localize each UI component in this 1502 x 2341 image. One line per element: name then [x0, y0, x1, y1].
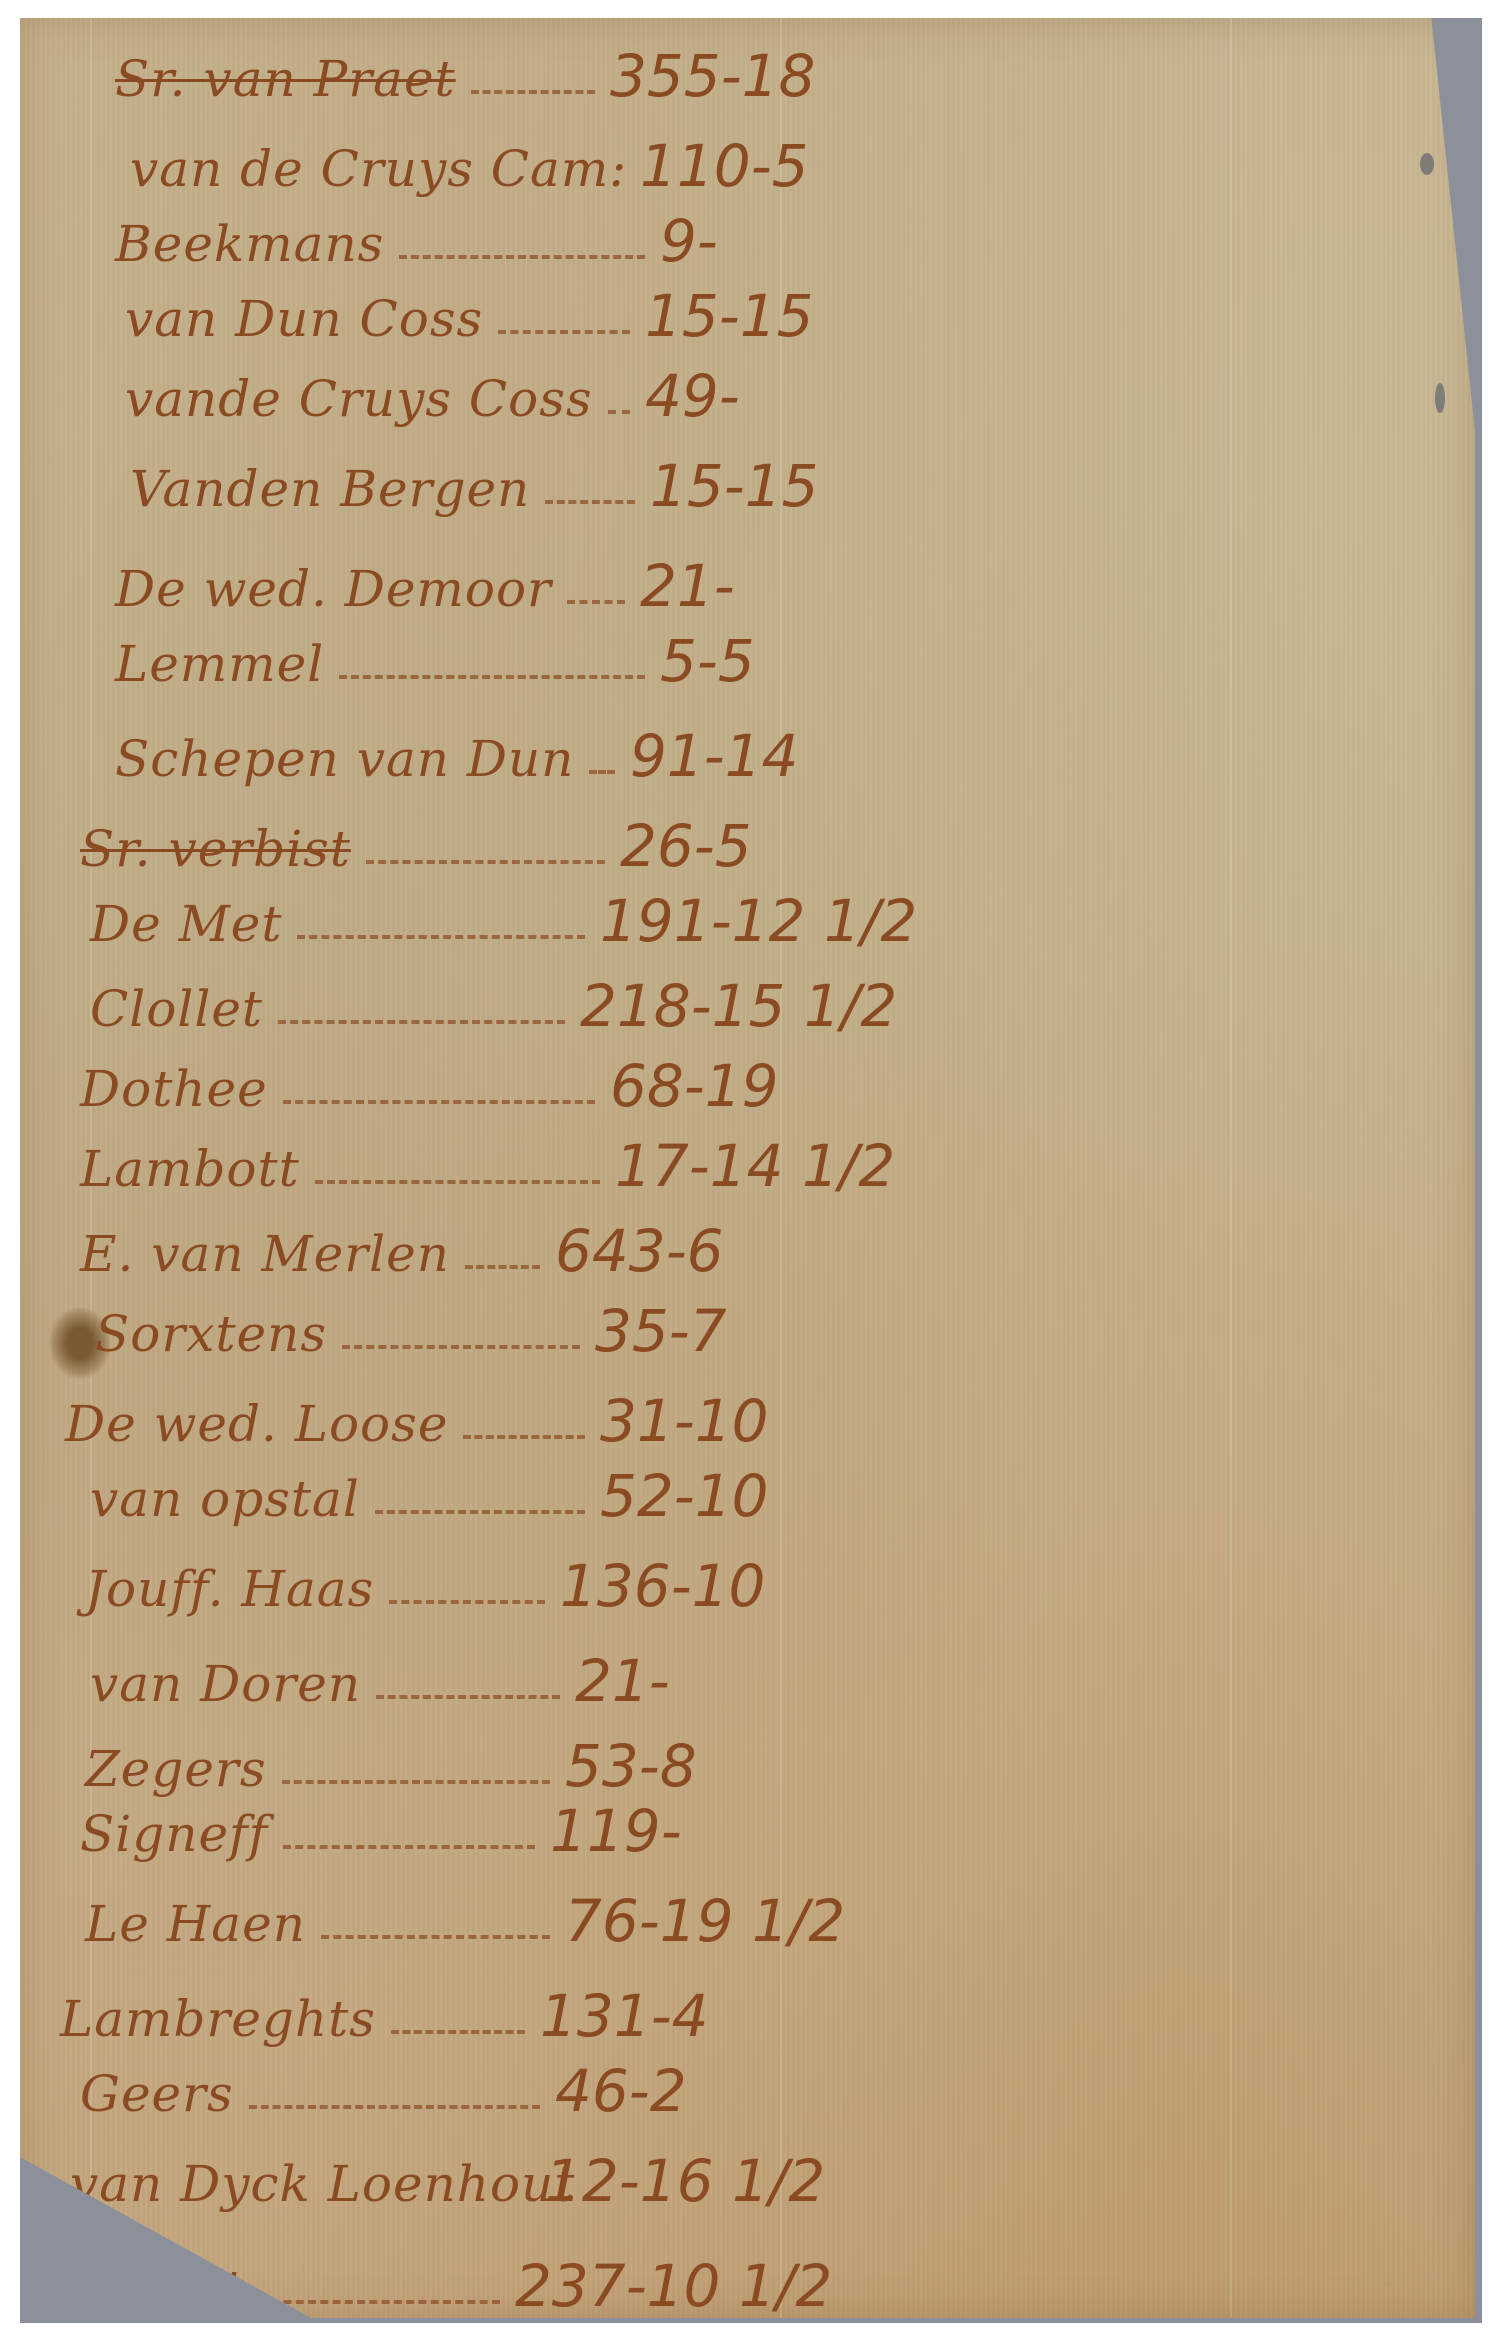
dotted-leader — [465, 1265, 540, 1269]
entry-amount: 110-5 — [640, 132, 809, 200]
entry-name: Jouff. Haas — [85, 1560, 374, 1618]
ledger-row: Lambreghts131-4 — [20, 1978, 1475, 2058]
entry-name: vande Cruys Coss — [125, 370, 593, 428]
entry-name: Lambott — [80, 1140, 300, 1198]
entry-amount: 76-19 1/2 — [565, 1887, 845, 1955]
ledger-row: Sr. verbist26-5 — [20, 808, 1475, 888]
dotted-leader — [315, 1180, 600, 1184]
dotted-leader — [498, 330, 630, 334]
entry-name: Le Haen — [85, 1895, 306, 1953]
entry-amount: 643-6 — [555, 1217, 724, 1285]
ledger-row: van opstal52-10 — [20, 1458, 1475, 1538]
entry-amount: 12-16 1/2 — [545, 2147, 825, 2215]
entry-amount: 9- — [660, 207, 718, 275]
dotted-leader — [589, 770, 615, 774]
ledger-row: Vanden Bergen15-15 — [20, 448, 1475, 528]
ledger-row: De wed. Loose31-10 — [20, 1383, 1475, 1463]
entry-amount: 191-12 1/2 — [600, 887, 917, 955]
entry-amount: 91-14 — [630, 722, 799, 790]
dotted-leader — [545, 500, 635, 504]
entry-name: van Dyck Loenhout — [70, 2155, 575, 2213]
dotted-leader — [608, 410, 630, 414]
entry-amount: 68-19 — [610, 1052, 779, 1120]
ledger-row: van Dyck Loenhout12-16 1/2 — [20, 2143, 1475, 2223]
ledger-row: van Dun Coss15-15 — [20, 278, 1475, 358]
ledger-row: Jouff. Haas136-10 — [20, 1548, 1475, 1628]
entry-amount: 17-14 1/2 — [615, 1132, 895, 1200]
dotted-leader — [366, 860, 605, 864]
ledger-row: Clollet218-15 1/2 — [20, 968, 1475, 1048]
dotted-leader — [278, 1020, 565, 1024]
ledger-row: E. van Merlen643-6 — [20, 1213, 1475, 1293]
entry-name: van Dun Coss — [125, 290, 483, 348]
dotted-leader — [259, 2300, 500, 2304]
entry-name: van de Cruys Cam: — [130, 140, 627, 198]
entry-name: E. van Merlen — [80, 1225, 450, 1283]
entry-name: De wed. Demoor — [115, 560, 552, 618]
ledger-row: van Doren21- — [20, 1643, 1475, 1723]
ledger-row: Lemmel5-5 — [20, 623, 1475, 703]
entry-name: Sr. van Praet — [115, 50, 456, 108]
ledger-row: Dothee68-19 — [20, 1048, 1475, 1128]
entry-amount: 52-10 — [600, 1462, 769, 1530]
dotted-leader — [399, 255, 645, 259]
entry-amount: 31-10 — [600, 1387, 769, 1455]
entry-amount: 26-5 — [620, 812, 752, 880]
entry-name: Dothee — [80, 1060, 268, 1118]
ledger-row: Beekmans9- — [20, 203, 1475, 283]
dotted-leader — [339, 675, 645, 679]
ledger-row: van de Cruys Cam:110-5 — [20, 128, 1475, 208]
ledger-row: vande Cruys Coss49- — [20, 358, 1475, 438]
entry-name: Lemmel — [115, 635, 324, 693]
dotted-leader — [567, 600, 625, 604]
ledger-row: Lambott17-14 1/2 — [20, 1128, 1475, 1208]
dotted-leader — [376, 1695, 560, 1699]
dotted-leader — [342, 1345, 580, 1349]
entry-name: Schepen van Dun — [115, 730, 574, 788]
ledger-row: Schepen van Dun91-14 — [20, 718, 1475, 798]
entry-amount: 21- — [640, 552, 735, 620]
entry-name: van Doren — [90, 1655, 361, 1713]
dotted-leader — [471, 90, 595, 94]
entry-amount: 53-8 — [565, 1732, 697, 1800]
ledger-row: Signeff119- — [20, 1793, 1475, 1873]
entry-name: De Met — [90, 895, 282, 953]
entry-amount: 15-15 — [650, 452, 819, 520]
entry-amount: 21- — [575, 1647, 670, 1715]
ledger-row: Sr. van Praet355-18 — [20, 38, 1475, 118]
ledger-page: Sr. van Praet355-18van de Cruys Cam:110-… — [20, 18, 1475, 2318]
dotted-leader — [283, 1100, 595, 1104]
ledger-row: Sorxtens35-7 — [20, 1293, 1475, 1373]
entry-amount: 46-2 — [555, 2057, 687, 2125]
entry-amount: 35-7 — [595, 1297, 727, 1365]
entry-name: De wed. Loose — [65, 1395, 448, 1453]
entry-amount: 49- — [645, 362, 740, 430]
dotted-leader — [282, 1780, 550, 1784]
entry-name: van opstal — [90, 1470, 360, 1528]
entry-amount: 131-4 — [540, 1982, 709, 2050]
entry-amount: 355-18 — [610, 42, 815, 110]
ledger-row: Le Haen76-19 1/2 — [20, 1883, 1475, 1963]
entry-amount: 5-5 — [660, 627, 755, 695]
entry-name: Beekmans — [115, 215, 384, 273]
dotted-leader — [375, 1510, 585, 1514]
entry-amount: 15-15 — [645, 282, 814, 350]
entry-name: Signeff — [80, 1805, 268, 1863]
ledger-row: De wed. Demoor21- — [20, 548, 1475, 628]
dotted-leader — [283, 1845, 535, 1849]
entry-name: Vanden Bergen — [130, 460, 530, 518]
entry-name: Sorxtens — [95, 1305, 327, 1363]
dotted-leader — [249, 2105, 540, 2109]
entry-amount: 119- — [550, 1797, 682, 1865]
dotted-leader — [321, 1935, 550, 1939]
dotted-leader — [389, 1600, 545, 1604]
entry-name: Geers — [80, 2065, 234, 2123]
entry-name: Sr. verbist — [80, 820, 351, 878]
entry-amount: 237-10 1/2 — [515, 2252, 832, 2320]
entry-name: Lambreghts — [60, 1990, 376, 2048]
ledger-row: De Met191-12 1/2 — [20, 883, 1475, 963]
entry-name: Clollet — [90, 980, 263, 1038]
entry-amount: 218-15 1/2 — [580, 972, 897, 1040]
ledger-row: Geers46-2 — [20, 2053, 1475, 2133]
dotted-leader — [391, 2030, 525, 2034]
dotted-leader — [463, 1435, 585, 1439]
dotted-leader — [297, 935, 585, 939]
entry-amount: 136-10 — [560, 1552, 765, 1620]
entry-name: Zegers — [85, 1740, 267, 1798]
